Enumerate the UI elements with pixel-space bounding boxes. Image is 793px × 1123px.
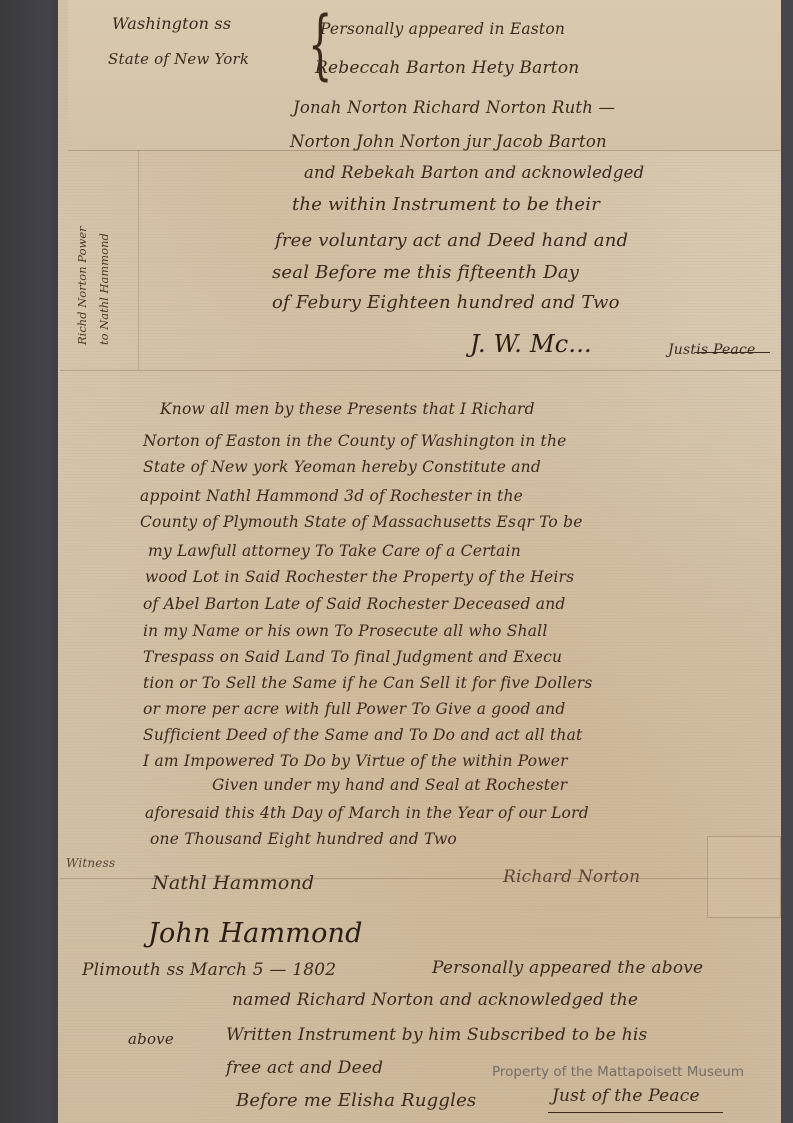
poa-line: County of Plymouth State of Massachusett…: [140, 513, 583, 531]
ack1-line: and Rebekah Barton and acknowledged: [304, 163, 644, 182]
witness-1-signature: Nathl Hammond: [152, 872, 314, 894]
poa-line: in my Name or his own To Prosecute all w…: [143, 622, 547, 640]
poa-line: or more per acre with full Power To Give…: [143, 700, 565, 718]
ack2-line: named Richard Norton and acknowledged th…: [232, 990, 638, 1010]
justice-title: Justis Peace: [668, 342, 756, 358]
ack2-before-me: Before me Elisha Ruggles: [236, 1090, 476, 1111]
poa-line: tion or To Sell the Same if he Can Sell …: [143, 674, 593, 692]
ack2-line: Written Instrument by him Subscribed to …: [226, 1025, 647, 1045]
title-underline: [548, 1112, 723, 1113]
grantor-signature: Richard Norton: [503, 867, 640, 887]
poa-line: Sufficient Deed of the Same and To Do an…: [143, 726, 582, 744]
ack2-margin-word: above: [128, 1030, 174, 1048]
poa-line: State of New york Yeoman hereby Constitu…: [143, 458, 541, 476]
poa-line: Trespass on Said Land To final Judgment …: [143, 648, 562, 666]
justice-signature: J. W. Mc...: [470, 330, 592, 358]
scanner-background-right: [779, 0, 793, 1123]
poa-line: Know all men by these Presents that I Ri…: [160, 400, 535, 418]
ack1-line: free voluntary act and Deed hand and: [275, 230, 628, 251]
ack2-line: Personally appeared the above: [432, 958, 703, 978]
poa-line: of Abel Barton Late of Said Rochester De…: [143, 595, 566, 613]
ack1-line: Norton John Norton jur Jacob Barton: [290, 132, 607, 151]
museum-watermark: Property of the Mattapoisett Museum: [492, 1064, 744, 1080]
side-note-line1: Richd Norton Power: [75, 226, 89, 345]
poa-line: Norton of Easton in the County of Washin…: [143, 432, 567, 450]
ack1-line: of Febury Eighteen hundred and Two: [272, 292, 620, 313]
venue-county: Washington ss: [112, 14, 231, 33]
given-line: aforesaid this 4th Day of March in the Y…: [145, 804, 589, 822]
poa-line: wood Lot in Said Rochester the Property …: [145, 568, 574, 586]
ack2-line: free act and Deed: [226, 1058, 383, 1078]
scanner-background-left: [0, 0, 60, 1123]
poa-line: I am Impowered To Do by Virtue of the wi…: [143, 752, 568, 770]
ack1-line: seal Before me this fifteenth Day: [272, 262, 579, 283]
poa-line: appoint Nathl Hammond 3d of Rochester in…: [140, 487, 523, 505]
ack2-venue-date: Plimouth ss March 5 — 1802: [82, 960, 336, 980]
pasted-paper-slip: [707, 836, 781, 918]
fold-line: [60, 370, 781, 371]
given-line: Given under my hand and Seal at Rocheste…: [212, 776, 567, 794]
ack2-justice-title: Just of the Peace: [552, 1086, 700, 1106]
ack1-line: Jonah Norton Richard Norton Ruth —: [293, 98, 615, 117]
witness-2-signature: John Hammond: [148, 918, 363, 949]
poa-line: my Lawfull attorney To Take Care of a Ce…: [148, 542, 521, 560]
witness-label: Witness: [66, 856, 115, 870]
ack1-line: Rebeccah Barton Hety Barton: [315, 58, 579, 78]
venue-state: State of New York: [108, 50, 249, 68]
ack1-line: Personally appeared in Easton: [320, 20, 565, 38]
side-note-line2: to Nathl Hammond: [97, 233, 111, 345]
ack1-line: the within Instrument to be their: [292, 194, 600, 215]
signature-underline: [695, 352, 770, 353]
given-line: one Thousand Eight hundred and Two: [150, 830, 457, 848]
